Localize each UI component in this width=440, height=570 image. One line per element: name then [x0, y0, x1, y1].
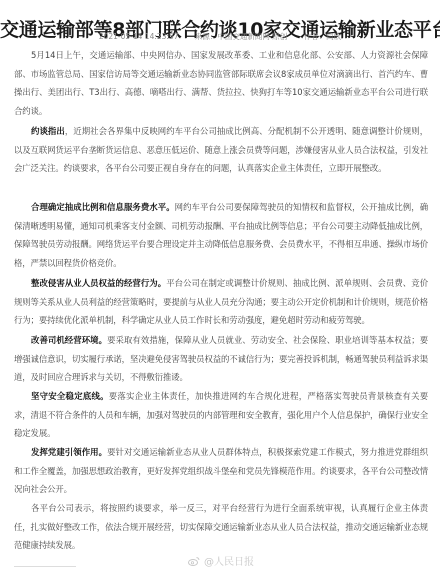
publish-datetime: 2021-05-14 14:23:57 [99, 32, 179, 41]
paragraph-rectify-behavior: 整改侵害从业人员权益的经营行为。平台公司在制定或调整计价规则、抽成比例、派单规则… [14, 274, 428, 330]
paragraph-text: ，近期社会各界集中反映网约车平台公司抽成比例高、分配机制不公开透明、随意调整计价… [14, 126, 428, 173]
article-source: 来源：中国交通新闻网 原创 [195, 32, 287, 41]
weibo-icon [188, 556, 200, 566]
paragraph-lead: 坚守安全稳定底线。 [31, 391, 109, 401]
paragraph-lead: 发挥党建引领作用。 [31, 447, 107, 457]
paragraph-conclusion: 各平台公司表示，将按照约谈要求，举一反三，对平台经营行为进行全面系统审视，认真履… [14, 499, 428, 555]
paragraph-party-building: 发挥党建引领作用。要针对交通运输新业态从业人员群体特点，积极探索党建工作模式，努… [14, 443, 428, 499]
article-meta: 2021-05-14 14:23:57 来源：中国交通新闻网 原创 作者：闫欣 [0, 31, 440, 42]
paragraph-text: 各平台公司表示，将按照约谈要求，举一反三，对平台经营行为进行全面系统审视，认真履… [14, 503, 428, 550]
article-author: 作者：闫欣 [304, 32, 342, 41]
paragraph-lead: 改善司机经营环境。 [31, 335, 107, 345]
divider [14, 566, 76, 567]
paragraph-lead: 合理确定抽成比例和信息服务费水平。 [31, 202, 175, 212]
watermark-text: @人民日报 [204, 557, 254, 568]
paragraph-commission-rate: 合理确定抽成比例和信息服务费水平。网约车平台公司要保障驾驶员的知情权和监督权，公… [14, 198, 428, 272]
paragraph-driver-environment: 改善司机经营环境。要采取有效措施，保障从业人员就业、劳动安全、社会保险、职业培训… [14, 331, 428, 387]
weibo-watermark: @人民日报 [188, 553, 254, 568]
paragraph-intro: 5月14日上午，交通运输部、中央网信办、国家发展改革委、工业和信息化部、公安部、… [14, 46, 428, 120]
paragraph-lead: 约谈指出 [31, 126, 65, 136]
paragraph-lead: 整改侵害从业人员权益的经营行为。 [31, 278, 166, 288]
paragraph-safety: 坚守安全稳定底线。要落实企业主体责任，加快推进网约车合规化进程，严格落实驾驶员背… [14, 387, 428, 443]
paragraph-text: 5月14日上午，交通运输部、中央网信办、国家发展改革委、工业和信息化部、公安部、… [14, 50, 428, 116]
paragraph-summary: 约谈指出，近期社会各界集中反映网约车平台公司抽成比例高、分配机制不公开透明、随意… [14, 122, 428, 178]
